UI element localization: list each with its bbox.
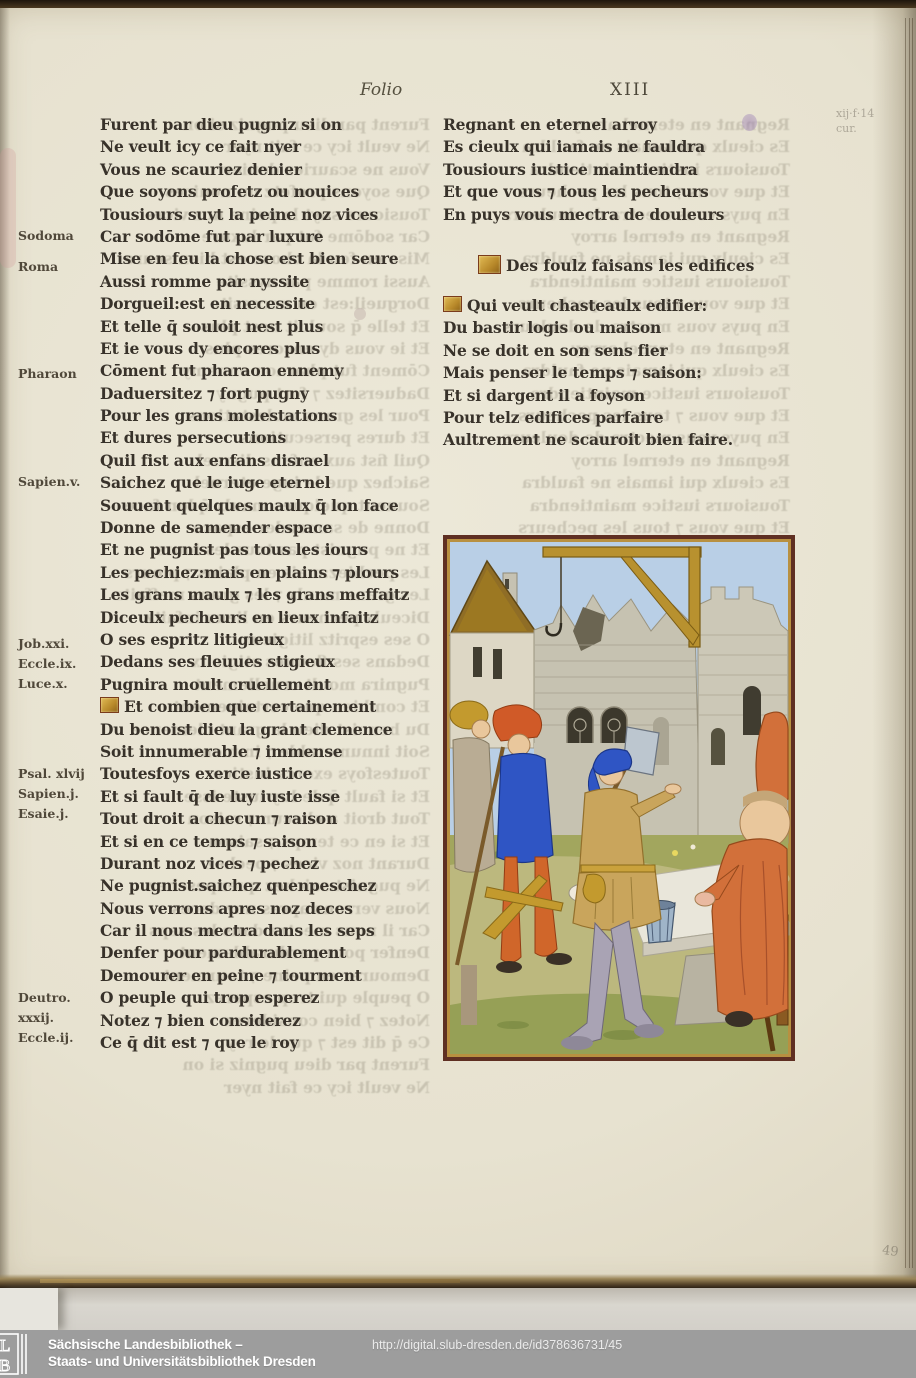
verse-line: Daduersitez ⁊ fort pugny — [100, 383, 409, 405]
margin-note-job: Job.xxi. — [18, 636, 69, 651]
margin-note-sapien-j: Sapien.j. — [18, 786, 79, 801]
slub-logo-icon: L B — [0, 1332, 36, 1376]
verse-line: Et ie vous dy encores plus — [100, 338, 409, 360]
verse-line: Donne de samender espace — [100, 517, 409, 539]
verse-line: Denfer pour pardurablement — [100, 942, 409, 964]
folio-number: XIII — [610, 80, 650, 100]
verse-line: En puys vous mectra de douleurs — [443, 204, 724, 226]
illuminated-paragraph-mark-icon — [478, 255, 501, 274]
margin-note-pharaon: Pharaon — [18, 366, 77, 381]
verse-line: Qui veult chasteaulx edifier: — [443, 295, 733, 317]
verse-line: Et combien que certainement — [100, 696, 409, 718]
verse-line: Tousiours suyt la peine noz vices — [100, 204, 409, 226]
folio-label: Folio — [360, 80, 402, 100]
margin-note-deutro: Deutro. — [18, 990, 71, 1005]
verse-line: Et si en ce temps ⁊ saison — [100, 831, 409, 853]
margin-note-luce: Luce.x. — [18, 676, 68, 691]
showthrough-line: Tousiours iustice maintiendra — [448, 495, 790, 517]
margin-note-esaie: Esaie.j. — [18, 806, 69, 821]
footer-bar: L B Sächsische Landesbibliothek – Staats… — [0, 1330, 916, 1378]
margin-note-psal: Psal. xlvij — [18, 766, 85, 781]
chapter-heading: Des foulz faisans les edifices — [478, 255, 754, 275]
verse-line: Du bastir logis ou maison — [443, 317, 733, 339]
verse-line: Es cieulx qui iamais ne fauldra — [443, 136, 724, 158]
verse-line: Vous ne scauriez denier — [100, 159, 409, 181]
miniature-illustration — [443, 535, 795, 1061]
right-text-column-stanza1: Regnant en eternel arroyEs cieulx qui ia… — [443, 114, 724, 226]
stain — [0, 148, 16, 268]
verse-line: Tousiours iustice maintiendra — [443, 159, 724, 181]
verse-line: Quil fist aux enfans disrael — [100, 450, 409, 472]
showthrough-line: Es cieulx qui iamais ne fauldra — [448, 472, 790, 494]
verse-line: Soit innumerable ⁊ immense — [100, 741, 409, 763]
verse-line: Car sodōme fut par luxure — [100, 226, 409, 248]
verse-line: Ne veult icy ce fait nyer — [100, 136, 409, 158]
verse-line: Pugnira moult cruellement — [100, 674, 409, 696]
verse-line: Et si dargent il a foyson — [443, 385, 733, 407]
verse-line: Et que vous ⁊ tous les pecheurs — [443, 181, 724, 203]
verse-line: Souuent quelques maulx q̄ lon face — [100, 495, 409, 517]
verse-line: Diceulx pecheurs en lieux infaitz — [100, 607, 409, 629]
stain — [742, 114, 757, 131]
verse-line: Aussi romme par nyssite — [100, 271, 409, 293]
verse-line: Pour les grans molestations — [100, 405, 409, 427]
svg-text:L: L — [0, 1336, 10, 1355]
illuminated-paragraph-mark-icon — [443, 296, 462, 312]
verse-line: Car il nous mectra dans les seps — [100, 920, 409, 942]
verse-line: Mais penser le temps ⁊ saison: — [443, 362, 733, 384]
digitized-book-photo: Furent par dieu pugniz si onNe veult icy… — [0, 0, 916, 1378]
verse-line: Notez ⁊ bien considerez — [100, 1010, 409, 1032]
verse-line: Furent par dieu pugniz si on — [100, 114, 409, 136]
background-cloth — [0, 1288, 916, 1330]
book-top-edge — [0, 0, 916, 8]
right-text-column-stanza2: Qui veult chasteaulx edifier:Du bastir l… — [443, 295, 733, 452]
verse-line: Que soyons profetz ou nouices — [100, 181, 409, 203]
verse-line: Ne se doit en son sens fier — [443, 340, 733, 362]
verse-line: Durant noz vices ⁊ pechez — [100, 853, 409, 875]
left-text-column: Furent par dieu pugniz si onNe veult icy… — [100, 114, 409, 1054]
page-edge-line — [909, 18, 910, 1268]
verse-line: Nous verrons apres noz deces — [100, 898, 409, 920]
verse-line: Et si fault q̄ de luy iuste isse — [100, 786, 409, 808]
pencil-page-number: 49 — [881, 1243, 899, 1260]
page-edge-line — [912, 18, 913, 1268]
manuscript-page: Furent par dieu pugniz si onNe veult icy… — [0, 8, 916, 1288]
illuminated-paragraph-mark-icon — [100, 697, 119, 713]
verse-line: Et telle q̄ souloit nest plus — [100, 316, 409, 338]
margin-note-eccle-ij: Eccle.ij. — [18, 1030, 73, 1045]
verse-line: Mise en feu la chose est bien seure — [100, 248, 409, 270]
verse-line: Du benoist dieu la grant clemence — [100, 719, 409, 741]
margin-annotation: xij·f·14 cur. — [836, 106, 874, 136]
showthrough-line: Ne veult icy ce fait nyer — [95, 1077, 430, 1099]
digital-object-url: http://digital.slub-dresden.de/id3786367… — [372, 1338, 622, 1352]
margin-note-xxxij: xxxij. — [18, 1010, 54, 1025]
verse-line: Et dures persecutions — [100, 427, 409, 449]
margin-note-sodoma: Sodoma — [18, 228, 74, 243]
library-name: Sächsische Landesbibliothek – Staats- un… — [48, 1336, 316, 1370]
verse-line: Regnant en eternel arroy — [443, 114, 724, 136]
gilt-edge — [40, 1279, 460, 1283]
page-edge-line — [905, 18, 906, 1268]
verse-line: O peuple qui trop esperez — [100, 987, 409, 1009]
verse-line: Tout droit a checun ⁊ raison — [100, 808, 409, 830]
showthrough-line: Regnant en eternel arroy — [448, 450, 790, 472]
showthrough-line: Furent par dieu pugniz si on — [95, 1054, 430, 1076]
verse-line: Et ne pugnist pas tous les iours — [100, 539, 409, 561]
verse-line: Dedans ses fleuues stigieux — [100, 651, 409, 673]
verse-line: Cōment fut pharaon ennemy — [100, 360, 409, 382]
verse-line: Demourer en peine ⁊ tourment — [100, 965, 409, 987]
verse-line: Les grans maulx ⁊ les grans meffaitz — [100, 584, 409, 606]
margin-note-sapien-v: Sapien.v. — [18, 474, 80, 489]
verse-line: Saichez que le iuge eternel — [100, 472, 409, 494]
verse-line: Aultrement ne scauroit bien faire. — [443, 429, 733, 451]
verse-line: Pour telz edifices parfaire — [443, 407, 733, 429]
margin-note-roma: Roma — [18, 259, 58, 274]
margin-note-eccle-ix: Eccle.ix. — [18, 656, 76, 671]
showthrough-line: Regnant en eternel arroy — [448, 226, 790, 248]
background-cloth-fold — [0, 1288, 58, 1330]
verse-line: Ne pugnist.saichez quenpeschez — [100, 875, 409, 897]
svg-text:B: B — [0, 1356, 10, 1375]
verse-line: Ce q̄ dit est ⁊ que le roy — [100, 1032, 409, 1054]
verse-line: O ses espritz litigieux — [100, 629, 409, 651]
verse-line: Dorgueil:est en necessite — [100, 293, 409, 315]
verse-line: Toutesfoys exerce iustice — [100, 763, 409, 785]
verse-line: Les pechiez:mais en plains ⁊ plours — [100, 562, 409, 584]
